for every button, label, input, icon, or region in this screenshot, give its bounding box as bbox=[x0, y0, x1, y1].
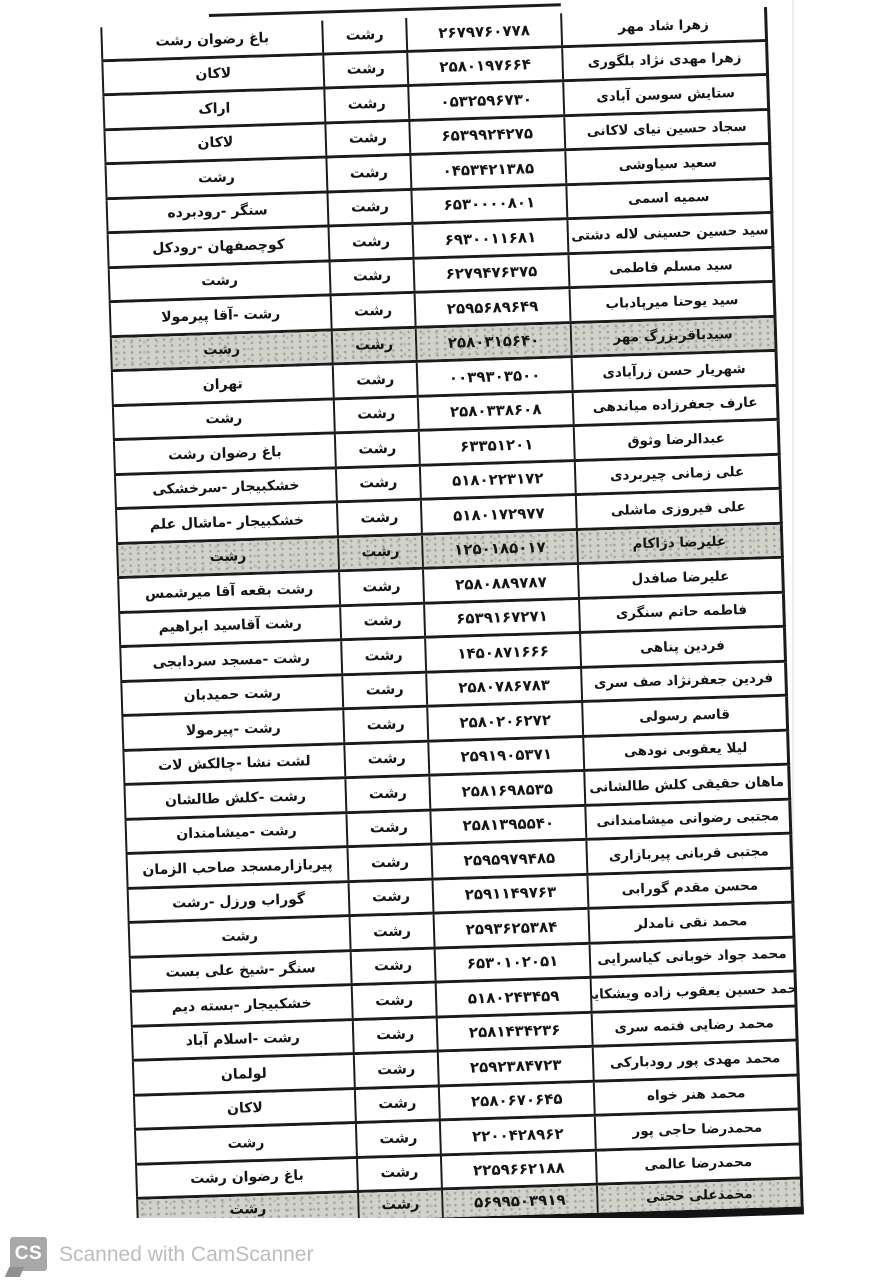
cell-location: رشت حمیدبان bbox=[120, 676, 342, 714]
cell-city: رشت bbox=[338, 570, 423, 604]
cell-name: محمدرضا حاجی پور bbox=[594, 1111, 799, 1149]
cell-location: باغ رضوان رشت bbox=[113, 434, 335, 472]
cell-number: ۲۲۵۹۶۶۲۱۸۸ bbox=[440, 1151, 596, 1187]
cell-name: محمد نقی نامدلر bbox=[587, 904, 792, 942]
cell-name: محمدرضا عالمی bbox=[595, 1145, 800, 1183]
cell-name: علیرضا دژاکام bbox=[576, 524, 781, 562]
cell-name: فاطمه حاتم سنگری bbox=[578, 593, 783, 631]
cell-number: ۲۶۷۹۷۶۰۷۷۸ bbox=[405, 13, 561, 49]
cell-number: ۵۱۸۰۲۴۳۴۵۹ bbox=[435, 979, 591, 1015]
cell-name: محمد جواد خوبانی کیاسرایی bbox=[589, 938, 794, 976]
cell-city: رشت bbox=[333, 397, 418, 431]
cell-number: ۲۵۹۵۹۷۹۴۸۵ bbox=[430, 841, 586, 877]
cell-name: محمد مهدی پور رودبارکی bbox=[592, 1042, 797, 1080]
cell-number: ۶۲۷۹۴۷۶۳۷۵ bbox=[413, 255, 569, 291]
cell-name: قاسم رسولی bbox=[581, 697, 786, 735]
cell-name: محسن مقدم گورابی bbox=[586, 869, 791, 907]
cell-location: لشت نشا -چالکش لات bbox=[122, 745, 344, 783]
cell-location: رشت bbox=[112, 400, 334, 438]
cell-number: ۲۵۸۱۴۳۴۲۳۶ bbox=[436, 1013, 592, 1049]
cell-location: رشت -میشامندان bbox=[125, 814, 347, 852]
cell-location: رشت bbox=[108, 262, 330, 300]
cell-location: باغ رضوان رشت bbox=[135, 1159, 357, 1197]
cell-city: رشت bbox=[350, 949, 435, 983]
cell-number: ۶۵۳۰۱۰۲۰۵۱ bbox=[434, 944, 590, 980]
cell-name: زهرا مهدی نژاد بلگوری bbox=[561, 42, 766, 80]
cell-name: شهریار حسن زرآبادی bbox=[571, 352, 776, 390]
cell-number: ۱۲۵۰۱۸۵۰۱۷ bbox=[421, 531, 577, 567]
cell-number: ۲۵۸۱۶۹۸۵۳۵ bbox=[428, 772, 584, 808]
cell-city: رشت bbox=[335, 466, 420, 500]
cell-location: لولمان bbox=[132, 1055, 354, 1093]
cell-number: ۲۵۹۲۳۸۴۷۲۳ bbox=[437, 1048, 593, 1084]
cell-location: اراک bbox=[102, 90, 324, 128]
cell-city: رشت bbox=[336, 501, 421, 535]
cell-name: علی زمانی چیربردی bbox=[574, 455, 779, 493]
cell-name: عارف جعفرزاده میاندهی bbox=[572, 386, 777, 424]
cell-name: سید حسین حسینی لاله دشتی bbox=[566, 214, 771, 252]
cell-location: پیربازارمسجد صاحب الزمان bbox=[126, 848, 348, 886]
cell-location: سنگر -شیخ علی بست bbox=[129, 952, 351, 990]
cell-location: باغ رضوان رشت bbox=[100, 21, 322, 59]
cell-number: ۲۵۸۰۶۷۰۶۴۵ bbox=[438, 1082, 594, 1118]
cell-city: رشت bbox=[337, 535, 422, 569]
cell-location: رشت bbox=[116, 538, 338, 576]
cell-location: لاکان bbox=[101, 55, 323, 93]
cell-number: ۲۵۸۰۳۳۸۶۰۸ bbox=[417, 393, 573, 429]
cell-city: رشت bbox=[332, 363, 417, 397]
cell-location: رشت bbox=[105, 159, 327, 197]
cell-name: عبدالرضا وثوق bbox=[573, 421, 778, 459]
cell-city: رشت bbox=[325, 156, 410, 190]
cell-city: رشت bbox=[328, 225, 413, 259]
cell-city: رشت bbox=[340, 639, 425, 673]
cell-number: ۲۲۰۰۴۲۸۹۶۲ bbox=[439, 1117, 595, 1153]
cell-number: ۰۰۳۹۳۰۳۵۰۰ bbox=[416, 358, 572, 394]
cell-city: رشت bbox=[352, 1018, 437, 1052]
cell-city: رشت bbox=[334, 432, 419, 466]
cell-number: ۵۶۹۹۵۰۳۹۱۹ bbox=[441, 1186, 597, 1217]
cell-name: فردین جعفرنژاد صف سری bbox=[580, 662, 785, 700]
cell-name: سید یوحنا میرپادباب bbox=[569, 283, 774, 321]
camscanner-brand-text: Scanned with CamScanner bbox=[59, 1243, 313, 1267]
cell-number: ۶۵۳۰۰۰۰۸۰۱ bbox=[410, 186, 566, 222]
cell-number: ۲۵۸۱۳۹۵۵۴۰ bbox=[429, 806, 585, 842]
cell-number: ۲۵۸۰۳۱۵۶۴۰ bbox=[415, 324, 571, 360]
cell-name: سیدباقربزرگ مهر bbox=[570, 317, 775, 355]
cell-location: رشت bbox=[110, 331, 332, 369]
cell-number: ۲۵۸۰۲۰۶۲۷۲ bbox=[426, 703, 582, 739]
cell-name: علیرضا صافدل bbox=[577, 559, 782, 597]
cell-name: زهرا شاد مهر bbox=[560, 7, 765, 45]
cell-name: سید مسلم فاطمی bbox=[567, 248, 772, 286]
cell-number: ۲۵۸۰۸۸۹۷۸۷ bbox=[422, 565, 578, 601]
cell-city: رشت bbox=[330, 294, 415, 328]
cell-number: ۶۳۳۵۱۲۰۱ bbox=[418, 427, 574, 463]
cell-location: لاکان bbox=[103, 124, 325, 162]
cell-location: رشت -پیرمولا bbox=[121, 710, 343, 748]
cell-location: رشت -کلش طالشان bbox=[123, 779, 345, 817]
cell-city: رشت bbox=[331, 328, 416, 362]
cell-city: رشت bbox=[349, 915, 434, 949]
cell-city: رشت bbox=[355, 1122, 440, 1156]
cell-city: رشت bbox=[353, 1053, 438, 1087]
cell-location: لاکان bbox=[133, 1090, 355, 1128]
cell-city: رشت bbox=[324, 122, 409, 156]
cell-city: رشت bbox=[356, 1156, 441, 1190]
cell-location: رشت -اسلام آباد bbox=[131, 1021, 353, 1059]
cell-number: ۲۵۸۰۷۸۶۷۸۳ bbox=[425, 669, 581, 705]
cell-city: رشت bbox=[341, 673, 426, 707]
cell-name: ماهان حقیقی کلش طالشانی bbox=[583, 766, 788, 804]
cell-name: ستایش سوسن آبادی bbox=[562, 76, 767, 114]
cell-location: رشت -مسجد سردابجی bbox=[119, 641, 341, 679]
cell-location: خشکبیجار -سرخشکی bbox=[114, 469, 336, 507]
cell-location: رشت آقاسید ابراهیم bbox=[118, 607, 340, 645]
cell-location: رشت -آقا پیرمولا bbox=[109, 296, 331, 334]
cell-number: ۵۱۸۰۲۲۳۱۷۲ bbox=[419, 462, 575, 498]
cell-city: رشت bbox=[342, 708, 427, 742]
cell-city: رشت bbox=[357, 1191, 442, 1220]
camscanner-logo: CS bbox=[10, 1237, 47, 1271]
cell-number: ۲۵۹۱۹۰۵۳۷۱ bbox=[427, 737, 583, 773]
cell-name: محمد حسین یعقوب زاده ویشکایی bbox=[590, 973, 795, 1011]
cell-location: سنگر -رودبرده bbox=[106, 193, 328, 231]
cell-location: خشکبیجار -ماشال علم bbox=[115, 503, 337, 541]
cell-name: فردین پناهی bbox=[579, 628, 784, 666]
cell-name: سعید سیاوشی bbox=[564, 145, 769, 183]
cell-city: رشت bbox=[344, 777, 429, 811]
cell-number: ۱۴۵۰۸۷۱۶۶۶ bbox=[424, 634, 580, 670]
cell-city: رشت bbox=[348, 880, 433, 914]
cell-city: رشت bbox=[339, 604, 424, 638]
cell-number: ۶۵۳۹۱۶۷۲۷۱ bbox=[423, 600, 579, 636]
cell-city: رشت bbox=[329, 259, 414, 293]
camscanner-footer: CS Scanned with CamScanner bbox=[0, 1218, 871, 1280]
cell-city: رشت bbox=[346, 846, 431, 880]
cell-number: ۶۵۳۹۹۲۴۲۷۵ bbox=[408, 117, 564, 153]
cell-number: ۲۵۹۳۶۲۵۳۸۴ bbox=[433, 910, 589, 946]
cell-name: مجتبی رضوانی میشامندانی bbox=[584, 800, 789, 838]
cell-name: علی فیروزی ماشلی bbox=[575, 490, 780, 528]
camscanner-logo-text: CS bbox=[15, 1243, 42, 1265]
cell-number: ۲۵۹۵۶۸۹۶۴۹ bbox=[414, 289, 570, 325]
cell-location: رشت bbox=[128, 917, 350, 955]
cell-number: ۰۴۵۳۴۲۱۳۸۵ bbox=[409, 151, 565, 187]
cell-name: مجتبی قربانی پیربازاری bbox=[585, 835, 790, 873]
cell-name: لیلا یعقوبی نودهی bbox=[582, 731, 787, 769]
cell-name: محمدعلی حجتی bbox=[596, 1180, 801, 1213]
cell-number: ۲۵۹۱۱۴۹۷۶۳ bbox=[432, 875, 588, 911]
cell-name: محمد هنر خواه bbox=[593, 1076, 798, 1114]
cell-city: رشت bbox=[322, 53, 407, 87]
cell-location: کوچصفهان -رودکل bbox=[107, 228, 329, 266]
scanned-page: زهرا شاد مهر ۲۶۷۹۷۶۰۷۷۸ رشت باغ رضوان رش… bbox=[0, 0, 871, 1280]
cell-number: ۶۹۳۰۰۱۱۶۸۱ bbox=[411, 220, 567, 256]
cell-name: سمیه اسمی bbox=[565, 180, 770, 218]
scan-table: زهرا شاد مهر ۲۶۷۹۷۶۰۷۷۸ رشت باغ رضوان رش… bbox=[100, 7, 804, 1234]
cell-city: رشت bbox=[343, 742, 428, 776]
cell-city: رشت bbox=[323, 87, 408, 121]
cell-location: گوراب ورزل -رشت bbox=[127, 883, 349, 921]
cell-city: رشت bbox=[321, 18, 406, 52]
cell-name: محمد رضایی فتمه سری bbox=[591, 1007, 796, 1045]
cell-city: رشت bbox=[351, 984, 436, 1018]
cell-number: ۵۱۸۰۱۷۲۹۷۷ bbox=[420, 496, 576, 532]
cell-city: رشت bbox=[354, 1087, 439, 1121]
cell-name: سجاد حسین نیای لاکانی bbox=[563, 111, 768, 149]
cell-location: رشت bbox=[134, 1124, 356, 1162]
cell-number: ۰۵۳۲۵۹۶۷۳۰ bbox=[407, 82, 563, 118]
cell-city: رشت bbox=[345, 811, 430, 845]
cell-location: خشکبیجار -بسته دیم bbox=[130, 986, 352, 1024]
cell-location: رشت بقعه آقا میرشمس bbox=[117, 572, 339, 610]
cell-location: تهران bbox=[111, 365, 333, 403]
cell-city: رشت bbox=[326, 190, 411, 224]
cell-number: ۲۵۸۰۱۹۷۶۶۴ bbox=[406, 48, 562, 84]
